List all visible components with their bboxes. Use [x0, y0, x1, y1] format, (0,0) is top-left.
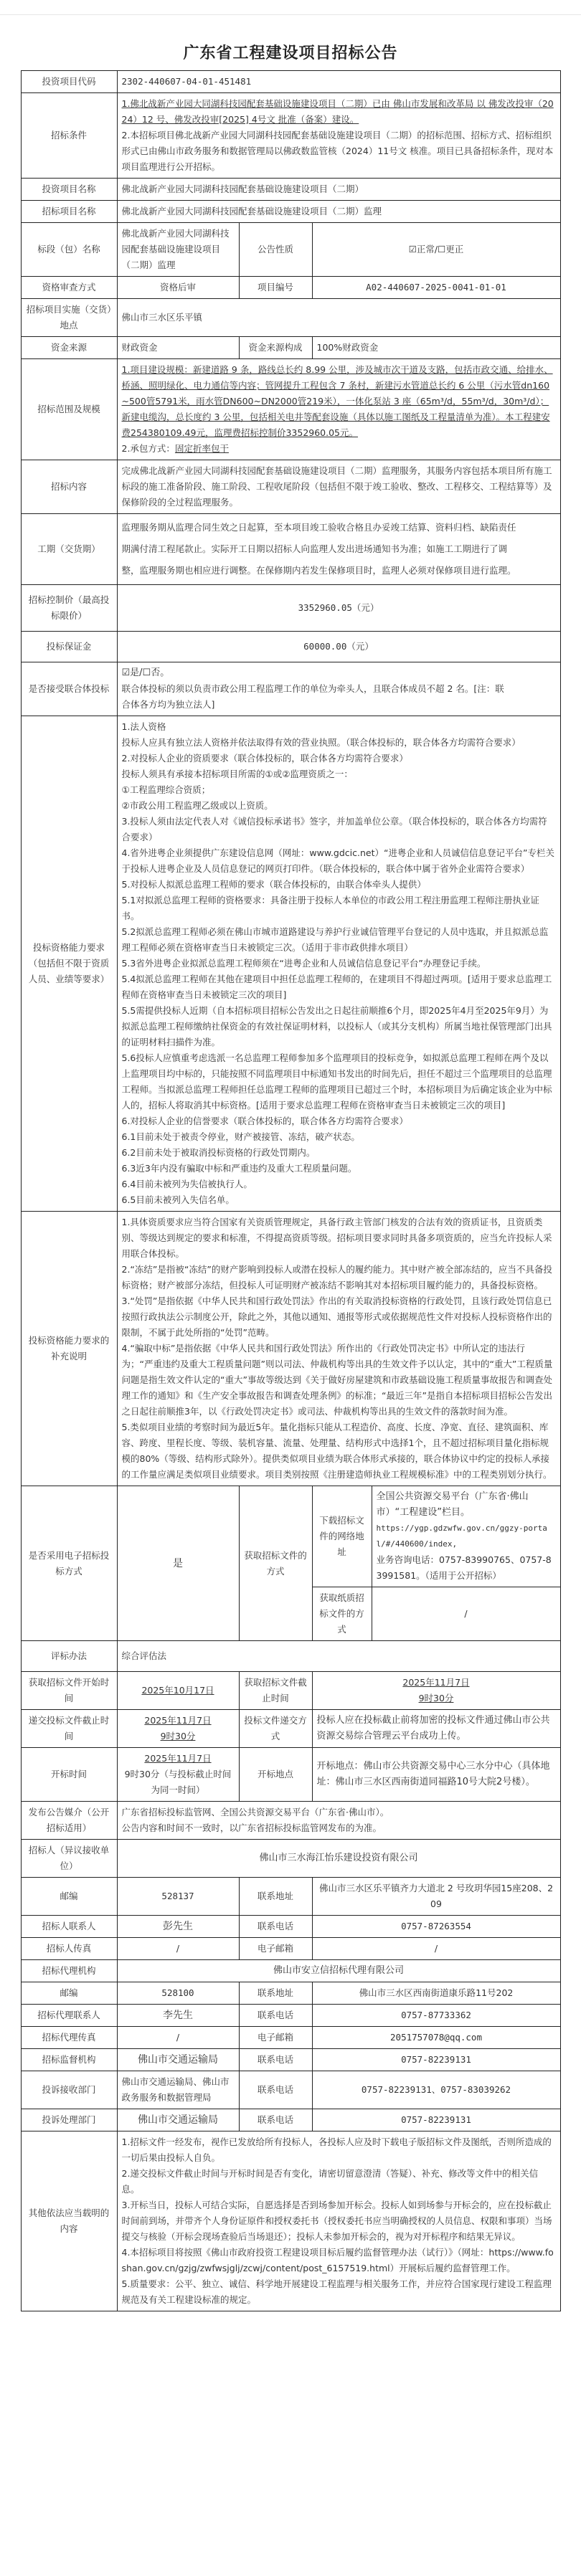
label: 投标资格能力要求的补充说明	[21, 1212, 117, 1486]
paper-value: /	[372, 1587, 560, 1641]
period-value: 监理服务期从监理合同生效之日起算，至本项目竣工验收合格且办妥竣工结算、资料归档、…	[117, 514, 560, 585]
opening-date: 2025年11月7日	[122, 1751, 235, 1767]
row-agency-fax: 招标代理传真 / 电子邮箱 2051757078@qq.com	[21, 2027, 560, 2049]
notice-table: 投资项目代码 2302-440607-04-01-451481 招标条件 1.佛…	[21, 70, 561, 2311]
row-agency-contact: 招标代理联系人 李先生 联系电话 0757-87733362	[21, 2005, 560, 2027]
location-value: 佛山市三水区乐平镇	[117, 299, 560, 337]
row-media: 发布公告媒介（公开招标适用） 广东省招标投标监管网、全国公共资源交易平台（广东省…	[21, 1802, 560, 1840]
label: 招标内容	[21, 460, 117, 514]
tenderer-value: 佛山市三水海江怡乐建设投资有限公司	[117, 1840, 560, 1878]
label: 招标人联系人	[21, 1916, 117, 1938]
obtain-end-time: 9时30分	[317, 1691, 556, 1706]
row-complaint-handle: 投诉处理部门 佛山市交通运输局 联系电话 0757-82239131	[21, 2109, 560, 2131]
label: 公告性质	[239, 223, 312, 277]
supplement-line: 4.“骗取中标”是指依据《中华人民共和国行政处罚法》所作出的《行政处罚决定书》中…	[122, 1341, 556, 1420]
agency-contact: 李先生	[117, 2005, 239, 2027]
label: 招标范围及规模	[21, 359, 117, 460]
supplement-line: 3.“处罚”是指依据《中华人民共和国行政处罚法》作出的有关取消投标资格的行政处罚…	[122, 1293, 556, 1341]
label: 联系地址	[239, 1878, 312, 1916]
label: 投诉接收部门	[21, 2071, 117, 2109]
opening-time: 9时30分（与投标截止时间为同一时间）	[122, 1767, 235, 1798]
tenderer-contact: 彭先生	[117, 1916, 239, 1938]
section-value: 佛北战新产业园大同湖科技园配套基础设施建设项目（二期）监理	[117, 223, 239, 277]
row-qualification: 投标资格能力要求（包括但不限于资质人员、业绩等要求） 1.法人资格 投标人应具有…	[21, 716, 560, 1212]
tender-name-value: 佛北战新产业园大同湖科技园配套基础设施建设项目（二期）监理	[117, 201, 560, 223]
row-section: 标段（包）名称 佛北战新产业园大同湖科技园配套基础设施建设项目（二期）监理 公告…	[21, 223, 560, 277]
submit-deadline-time: 9时30分	[122, 1729, 235, 1744]
row-period: 工期（交货期） 监理服务期从监理合同生效之日起算，至本项目竣工验收合格且办妥竣工…	[21, 514, 560, 585]
row-other: 其他依法应当载明的内容 1.招标文件一经发布，视作已发放给所有投标人，各投标人应…	[21, 2131, 560, 2311]
complaint-handle-value: 佛山市交通运输局	[117, 2109, 239, 2131]
row-review: 资格审查方式 资格后审 项目编号 A02-440607-2025-0041-01…	[21, 277, 560, 299]
qualification-line: 5.1对拟派总监理工程师的资格要求：具备注册于投标人本单位的市政公用工程注册监理…	[122, 893, 556, 924]
electronic-value: 是	[117, 1486, 239, 1641]
row-content: 招标内容 完成佛北战新产业园大同湖科技园配套基础设施建设项目（二期）监理服务，其…	[21, 460, 560, 514]
qualification-line: 5.6投标人应慎重考虑选派一名总监理工程师参加多个监理项目的投标竞争，如拟派总监…	[122, 1050, 556, 1113]
label: 招标监督机构	[21, 2049, 117, 2071]
row-tender-name: 招标项目名称 佛北战新产业园大同湖科技园配套基础设施建设项目（二期）监理	[21, 201, 560, 223]
label: 评标办法	[21, 1641, 117, 1672]
row-opening: 开标时间 2025年11月7日 9时30分（与投标截止时间为同一时间） 开标地点…	[21, 1748, 560, 1802]
label: 联系电话	[239, 2109, 312, 2131]
label: 是否接受联合体投标	[21, 662, 117, 716]
supplement-line: 5.类似项目业绩的考察时间为最近5年。量化指标只能从工程造价、高度、长度、净宽、…	[122, 1420, 556, 1483]
supplement-line: 2.“冻结”是指被“冻结”的财产影响到投标人或潜在投标人的履约能力。其中财产被全…	[122, 1262, 556, 1293]
row-consortium: 是否接受联合体投标 ☑是/☐否。 联合体投标的须以负责市政公用工程监理工作的单位…	[21, 662, 560, 716]
label: 资金来源	[21, 337, 117, 359]
row-agency-address: 邮编 528100 联系地址 佛山市三水区西南街道康乐路11号202	[21, 1982, 560, 2005]
media-line: 公告内容和时间不一致时，以广东省招标投标监管网发布的为准。	[122, 1820, 556, 1836]
label: 招标代理传真	[21, 2027, 117, 2049]
label: 联系电话	[239, 2071, 312, 2109]
supervision-phone: 0757-82239131	[312, 2049, 560, 2071]
qualification-line: 5.对投标人拟派总监理工程师的要求（联合体投标的，由联合体牵头人提供）	[122, 877, 556, 893]
opening-place-value: 开标地点：佛山市公共资源交易中心三水分中心（具体地址：佛山市三水区西南街道同福路…	[312, 1748, 560, 1802]
agency-fax: /	[117, 2027, 239, 2049]
qualification-line: 投标人应具有独立法人资格并依法取得有效的营业执照。（联合体投标的，联合体各方均需…	[122, 735, 556, 751]
scope-line: 1.项目建设规模：新建道路 9 条，路线总长约 8.99 公里，涉及城市次干道及…	[122, 362, 556, 441]
agency-address: 佛山市三水区西南街道康乐路11号202	[312, 1982, 560, 2005]
label: 资格审查方式	[21, 277, 117, 299]
other-line: 1.招标文件一经发布，视作已发放给所有投标人，各投标人应及时下载电子版招标文件及…	[122, 2134, 556, 2166]
row-tenderer-contact: 招标人联系人 彭先生 联系电话 0757-87263554	[21, 1916, 560, 1938]
obtain-end-value: 2025年11月7日 9时30分	[312, 1672, 560, 1710]
qualification-line: ②市政公用工程监理乙级或以上资质。	[122, 798, 556, 814]
label: 联系地址	[239, 1982, 312, 2005]
agency-email[interactable]: 2051757078@qq.com	[312, 2027, 560, 2049]
bottom-spacer	[0, 2311, 581, 2362]
download-phone: 业务咨询电话：0757-83990765、0757-83991581。（适用于公…	[377, 1552, 556, 1584]
scope-line-prefix: 2.承包方式：	[122, 443, 175, 454]
qualification-value: 1.法人资格 投标人应具有独立法人资格并依法取得有效的营业执照。（联合体投标的，…	[117, 716, 560, 1212]
project-number-value: A02-440607-2025-0041-01-01	[312, 277, 560, 299]
label: 其他依法应当载明的内容	[21, 2131, 117, 2311]
label: 招标人（异议接收单位）	[21, 1840, 117, 1878]
download-address-value: 全国公共资源交易平台（广东省·佛山市）“工程建设”栏目。 https://ygp…	[372, 1486, 560, 1587]
other-line: 3.开标当日，投标人可结合实际，自愿选择是否到场参加开标会。投标人如到场参与开标…	[122, 2197, 556, 2245]
label: 电子邮箱	[239, 2027, 312, 2049]
row-deposit: 投标保证金 60000.00（元）	[21, 632, 560, 662]
funding-composition-value: 100%财政资金	[312, 337, 560, 359]
content-value: 完成佛北战新产业园大同湖科技园配套基础设施建设项目（二期）监理服务，其服务内容包…	[117, 460, 560, 514]
scope-contract-method: 固定折率包干	[175, 443, 229, 454]
investment-name-value: 佛北战新产业园大同湖科技园配套基础设施建设项目（二期）	[117, 179, 560, 201]
qualification-line: 3.投标人须由法定代表人对《诚信投标承诺书》签字，并加盖单位公章。（联合体投标的…	[122, 814, 556, 845]
label: 获取纸质招标文件的方式	[312, 1587, 372, 1641]
row-control-price: 招标控制价（最高投标限价） 3352960.05（元）	[21, 585, 560, 632]
row-electronic: 是否采用电子招标投标方式 是 获取招标文件的方式 下载招标文件的网络地址 全国公…	[21, 1486, 560, 1587]
submit-deadline-value: 2025年11月7日 9时30分	[117, 1710, 239, 1748]
row-tenderer: 招标人（异议接收单位） 佛山市三水海江怡乐建设投资有限公司	[21, 1840, 560, 1878]
notice-nature-checkbox: ☑正常/☐更正	[312, 223, 560, 277]
other-line: 4.本招标项目将按照《佛山市政府投资工程建设项目标后履约监督管理办法（试行）》（…	[122, 2245, 556, 2276]
obtain-end-date: 2025年11月7日	[317, 1675, 556, 1691]
row-funding: 资金来源 财政资金 资金来源构成 100%财政资金	[21, 337, 560, 359]
row-scope: 招标范围及规模 1.项目建设规模：新建道路 9 条，路线总长约 8.99 公里，…	[21, 359, 560, 460]
consortium-checkbox: ☑是/☐否。	[122, 665, 556, 681]
label: 递交投标文件截止时间	[21, 1710, 117, 1748]
media-value: 广东省招标投标监管网、全国公共资源交易平台（广东省·佛山市）。 公告内容和时间不…	[117, 1802, 560, 1840]
deposit-value: 60000.00（元）	[117, 632, 560, 662]
label: 邮编	[21, 1982, 117, 2005]
download-platform: 全国公共资源交易平台（广东省·佛山市）“工程建设”栏目。	[377, 1489, 556, 1521]
label: 招标项目实施（交货）地点	[21, 299, 117, 337]
label: 获取招标文件截止时间	[239, 1672, 312, 1710]
qualification-line: 4.省外进粤企业须提供广东建设信息网（网址：www.gdcic.net）“进粤企…	[122, 845, 556, 877]
qualification-line: 投标人须具有承接本招标项目所需的①或②监理资质之一：	[122, 766, 556, 782]
media-line: 广东省招标投标监管网、全国公共资源交易平台（广东省·佛山市）。	[122, 1805, 556, 1820]
qualification-line: 6.3近3年内没有骗取中标和严重违约及重大工程质量问题。	[122, 1161, 556, 1177]
row-supervision: 招标监督机构 佛山市交通运输局 联系电话 0757-82239131	[21, 2049, 560, 2071]
opening-time-value: 2025年11月7日 9时30分（与投标截止时间为同一时间）	[117, 1748, 239, 1802]
row-location: 招标项目实施（交货）地点 佛山市三水区乐平镇	[21, 299, 560, 337]
project-code-value: 2302-440607-04-01-451481	[117, 71, 560, 93]
label: 邮编	[21, 1878, 117, 1916]
label: 项目编号	[239, 277, 312, 299]
row-tenderer-address: 邮编 528137 联系地址 佛山市三水区乐平镇齐力大道北 2 号玫玥华园15座…	[21, 1878, 560, 1916]
scope-value: 1.项目建设规模：新建道路 9 条，路线总长约 8.99 公里，涉及城市次干道及…	[117, 359, 560, 460]
label: 是否采用电子招标投标方式	[21, 1486, 117, 1641]
qualification-line: 5.2拟派总监理工程师必须在佛山市城市道路建设与养护行业诚信管理平台登记的人员中…	[122, 924, 556, 956]
qualification-line: 1.法人资格	[122, 719, 556, 735]
label: 招标代理机构	[21, 1960, 117, 1982]
other-line: 5.质量要求：公平、独立、诚信、科学地开展建设工程监理与相关服务工作，并应符合国…	[122, 2276, 556, 2308]
supervision-value: 佛山市交通运输局	[117, 2049, 239, 2071]
qualification-line: 6.2目前未处于被取消投标资格的行政处罚期内。	[122, 1145, 556, 1161]
qualification-line: ①工程监理综合资质；	[122, 782, 556, 798]
label: 招标控制价（最高投标限价）	[21, 585, 117, 632]
submit-deadline-date: 2025年11月7日	[122, 1713, 235, 1729]
agency-value: 佛山市安立信招标代理有限公司	[117, 1960, 560, 1982]
submit-method-value: 投标人应在投标截止前将加密的投标文件通过佛山市公共资源交易综合管理云平台成功上传…	[312, 1710, 560, 1748]
complaint-receive-phone: 0757-82239131、0757-83039262	[312, 2071, 560, 2109]
tenderer-phone: 0757-87263554	[312, 1916, 560, 1938]
qualification-line: 2.对投标人企业的资质要求（联合体投标的，联合体各方均需符合要求）	[122, 751, 556, 766]
supplement-value: 1.具体资质要求应当符合国家有关资质管理规定，具备行政主管部门核发的合法有效的资…	[117, 1212, 560, 1486]
label: 标段（包）名称	[21, 223, 117, 277]
obtain-start-value: 2025年10月17日	[117, 1672, 239, 1710]
complaint-handle-phone: 0757-82239131	[312, 2109, 560, 2131]
qualification-line: 5.5需提供投标人近期（自本招标项目招标公告发出之日起往前顺推6个月，即2025…	[122, 1003, 556, 1050]
row-investment-name: 投资项目名称 佛北战新产业园大同湖科技园配套基础设施建设项目（二期）	[21, 179, 560, 201]
label: 投标文件递交方式	[239, 1710, 312, 1748]
funding-value: 财政资金	[117, 337, 239, 359]
label: 投标资格能力要求（包括但不限于资质人员、业绩等要求）	[21, 716, 117, 1212]
tenderer-fax: /	[117, 1938, 239, 1960]
label: 开标地点	[239, 1748, 312, 1802]
label: 招标人传真	[21, 1938, 117, 1960]
qualification-line: 6.1目前未处于被责令停业，财产被接管、冻结，破产状态。	[122, 1129, 556, 1145]
label: 投资项目名称	[21, 179, 117, 201]
qualification-line: 6.4目前未被列为失信被执行人。	[122, 1177, 556, 1192]
top-bar	[0, 0, 581, 15]
row-agency: 招标代理机构 佛山市安立信招标代理有限公司	[21, 1960, 560, 1982]
label: 下载招标文件的网络地址	[312, 1486, 372, 1587]
other-value: 1.招标文件一经发布，视作已发放给所有投标人，各投标人应及时下载电子版招标文件及…	[117, 2131, 560, 2311]
row-project-code: 投资项目代码 2302-440607-04-01-451481	[21, 71, 560, 93]
review-value: 资格后审	[117, 277, 239, 299]
label: 招标项目名称	[21, 201, 117, 223]
label: 投标保证金	[21, 632, 117, 662]
label: 工期（交货期）	[21, 514, 117, 585]
label: 联系电话	[239, 1916, 312, 1938]
control-price-value: 3352960.05（元）	[117, 585, 560, 632]
label: 开标时间	[21, 1748, 117, 1802]
label: 联系电话	[239, 2005, 312, 2027]
consortium-value: ☑是/☐否。 联合体投标的须以负责市政公用工程监理工作的单位为牵头人，且联合体成…	[117, 662, 560, 716]
condition-line: 2.本招标项目佛北战新产业园大同湖科技园配套基础设施建设项目（二期）的招标范围、…	[122, 128, 556, 175]
label: 联系电话	[239, 2049, 312, 2071]
evaluation-value: 综合评估法	[117, 1641, 560, 1672]
conditions-value: 1.佛北战新产业园大同湖科技园配套基础设施建设项目（二期）已由 佛山市发展和改革…	[117, 93, 560, 179]
qualification-line: 5.4拟派总监理工程师在其他在建项目中担任总监理工程师的，在建项目不得超过两项。…	[122, 971, 556, 1003]
tenderer-email: /	[312, 1938, 560, 1960]
label: 招标代理联系人	[21, 2005, 117, 2027]
page-title: 广东省工程建设项目招标公告	[0, 41, 581, 63]
agency-postcode: 528100	[117, 1982, 239, 2005]
label: 电子邮箱	[239, 1938, 312, 1960]
label: 招标条件	[21, 93, 117, 179]
download-link[interactable]: https://ygp.gdzwfw.gov.cn/ggzy-portal/#/…	[377, 1521, 556, 1552]
label: 获取招标文件开始时间	[21, 1672, 117, 1710]
row-conditions: 招标条件 1.佛北战新产业园大同湖科技园配套基础设施建设项目（二期）已由 佛山市…	[21, 93, 560, 179]
tenderer-postcode: 528137	[117, 1878, 239, 1916]
tenderer-address: 佛山市三水区乐平镇齐力大道北 2 号玫玥华园15座208、209	[312, 1878, 560, 1916]
row-evaluation: 评标办法 综合评估法	[21, 1641, 560, 1672]
agency-phone: 0757-87733362	[312, 2005, 560, 2027]
row-obtain-time: 获取招标文件开始时间 2025年10月17日 获取招标文件截止时间 2025年1…	[21, 1672, 560, 1710]
other-line: 2.递交投标文件截止时间与开标时间是否有变化，请密切留意澄清（答疑）、补充、修改…	[122, 2166, 556, 2197]
supplement-line: 1.具体资质要求应当符合国家有关资质管理规定，具备行政主管部门核发的合法有效的资…	[122, 1215, 556, 1262]
qualification-line: 6.5目前未被列入失信名单。	[122, 1192, 556, 1208]
qualification-line: 5.3省外进粤企业拟派总监理工程师须在“进粤企业和人员诚信信息登记平台”办理登记…	[122, 956, 556, 971]
row-supplement: 投标资格能力要求的补充说明 1.具体资质要求应当符合国家有关资质管理规定，具备行…	[21, 1212, 560, 1486]
row-tenderer-fax: 招标人传真 / 电子邮箱 /	[21, 1938, 560, 1960]
label: 获取招标文件的方式	[239, 1486, 312, 1641]
consortium-note: 联合体投标的须以负责市政公用工程监理工作的单位为牵头人，且联合体成员不超 2 名…	[122, 681, 556, 713]
label: 资金来源构成	[239, 337, 312, 359]
scope-line: 2.承包方式：固定折率包干	[122, 441, 556, 457]
label: 投资项目代码	[21, 71, 117, 93]
label: 投诉处理部门	[21, 2109, 117, 2131]
qualification-line: 6.对投标人企业的信誉要求（联合体投标的，联合体各方均需符合要求）	[122, 1113, 556, 1129]
label: 发布公告媒介（公开招标适用）	[21, 1802, 117, 1840]
row-submit: 递交投标文件截止时间 2025年11月7日 9时30分 投标文件递交方式 投标人…	[21, 1710, 560, 1748]
row-complaint-receive: 投诉接收部门 佛山市交通运输局、佛山市政务服务和数据管理局 联系电话 0757-…	[21, 2071, 560, 2109]
condition-line: 1.佛北战新产业园大同湖科技园配套基础设施建设项目（二期）已由 佛山市发展和改革…	[122, 96, 556, 128]
complaint-receive-value: 佛山市交通运输局、佛山市政务服务和数据管理局	[117, 2071, 239, 2109]
